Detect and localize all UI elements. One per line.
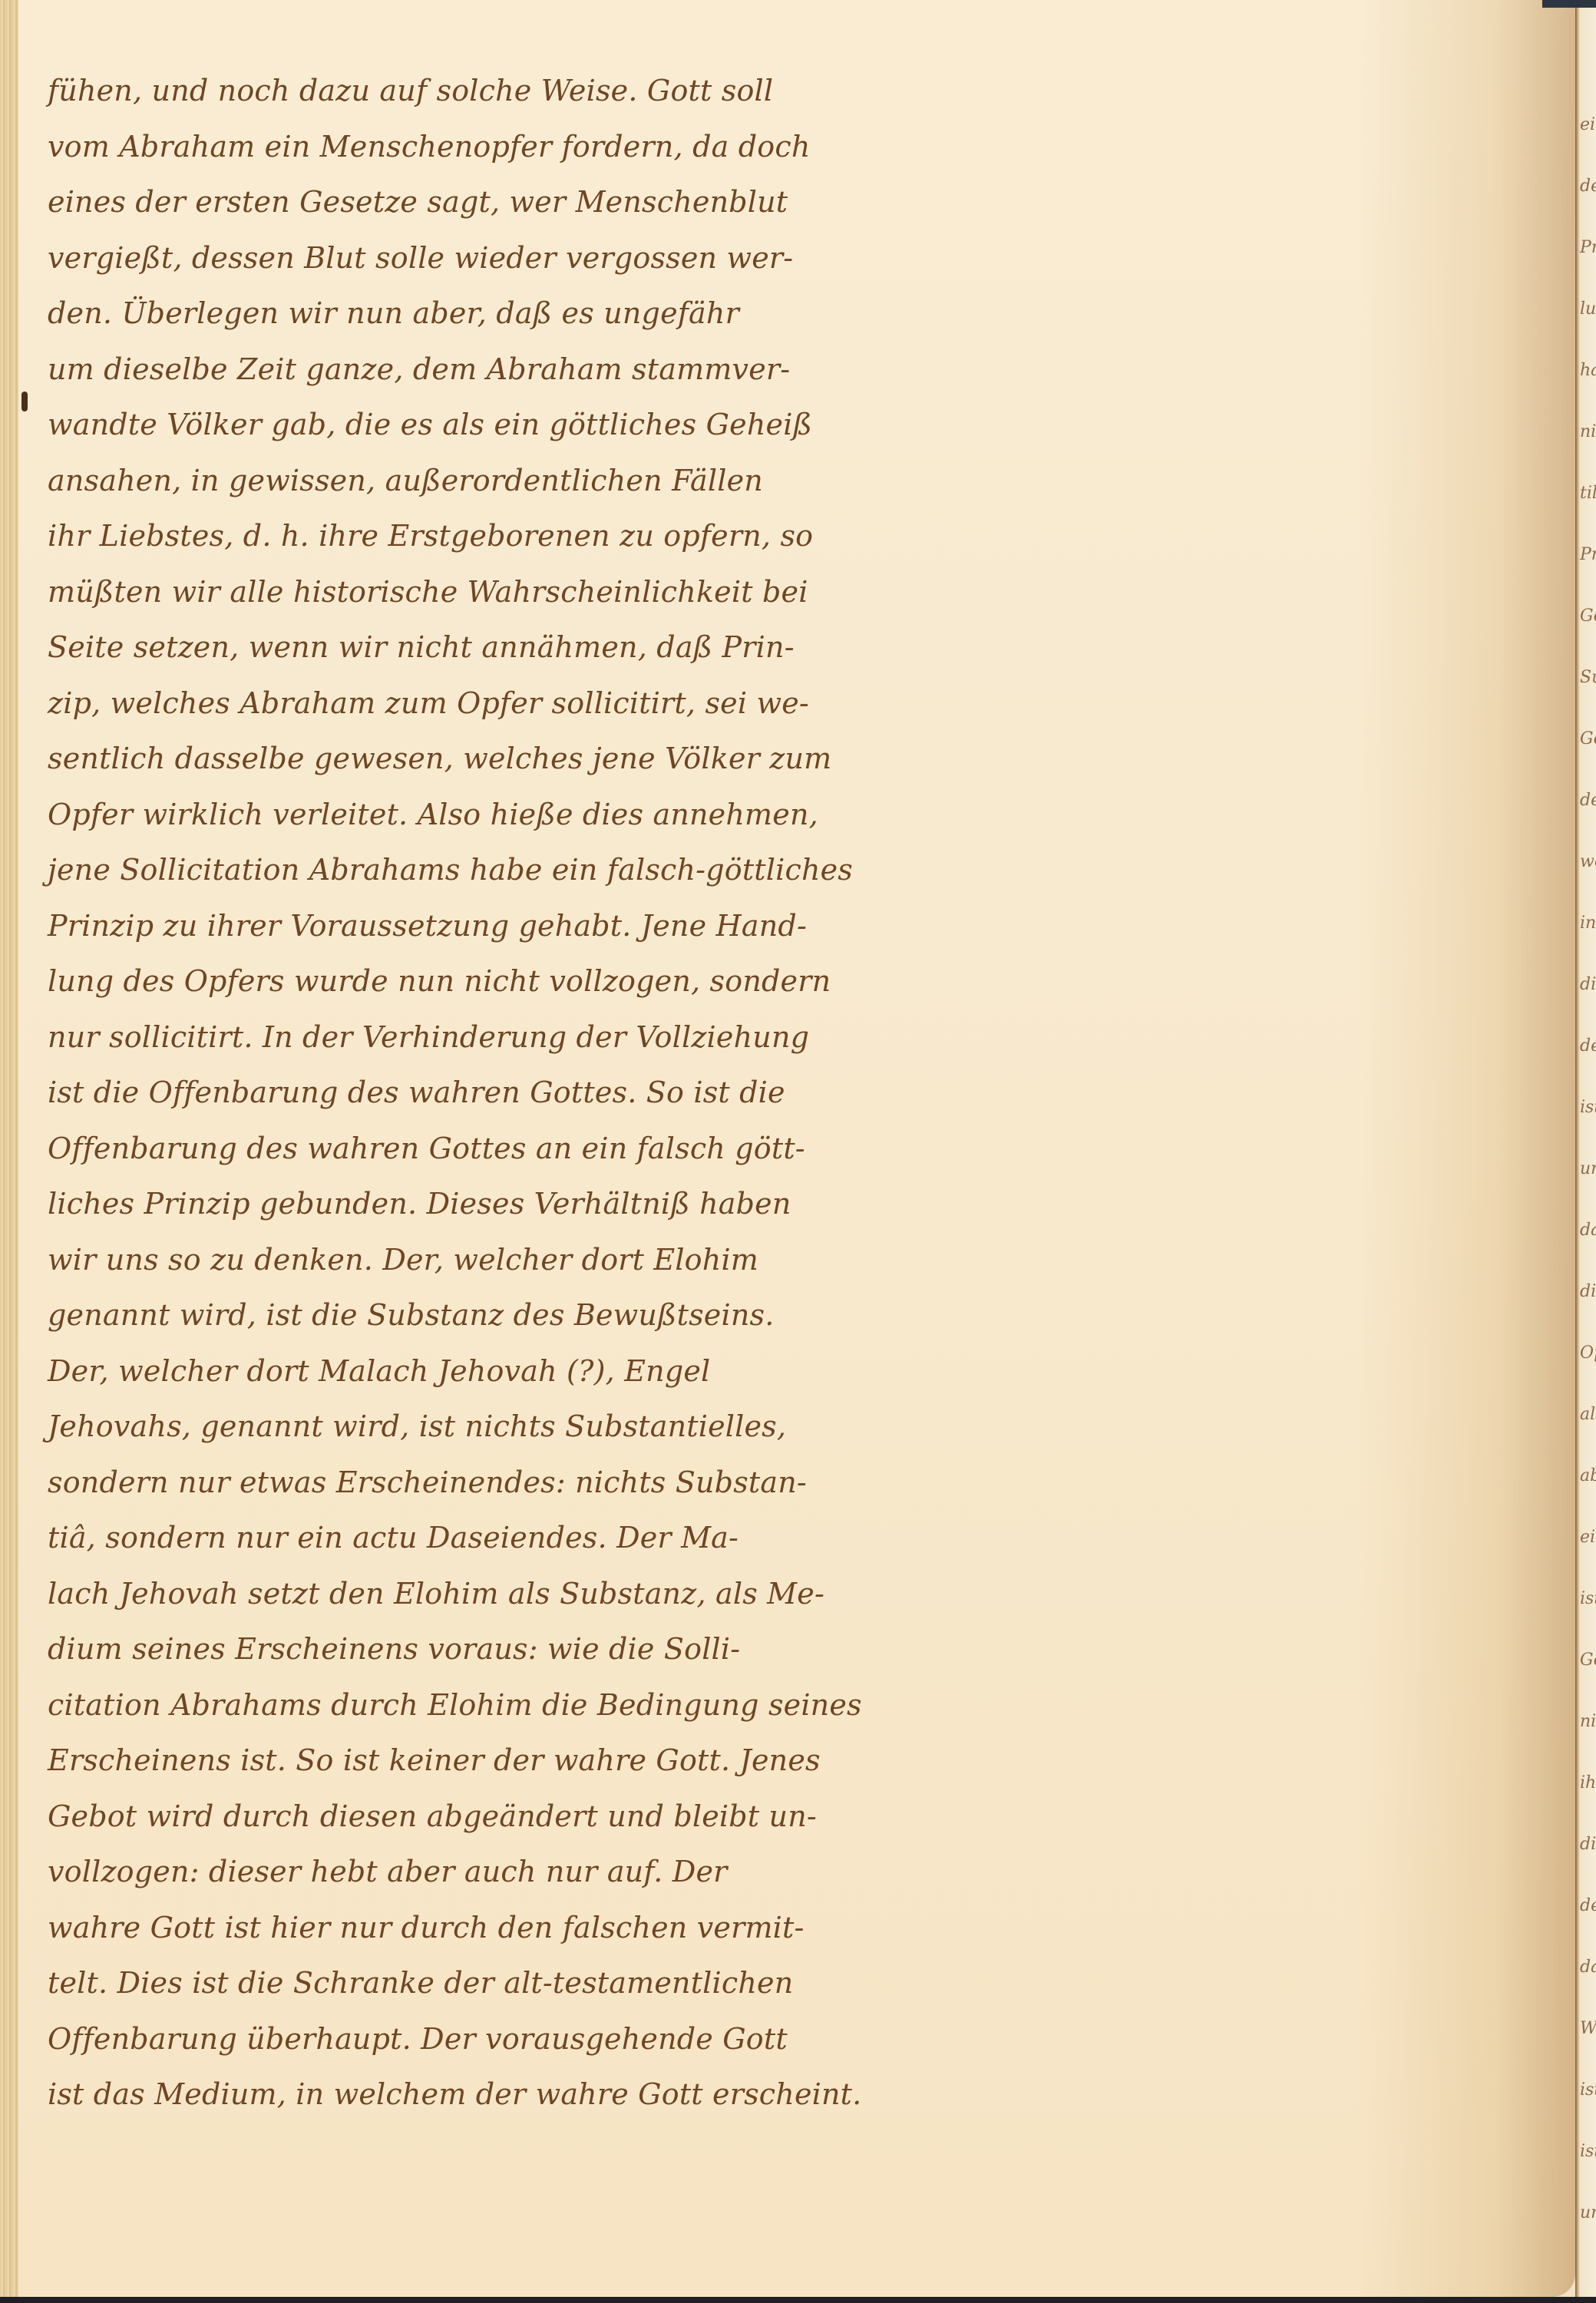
text-line: fühen, und noch dazu auf solche Weise. G… [48, 68, 907, 124]
facing-text-fragment: lung wi [1580, 299, 1596, 319]
stacked-page-edges [0, 0, 18, 2297]
facing-text-fragment: der [1580, 1036, 1596, 1056]
facing-text-fragment: Opfer [1580, 1343, 1596, 1363]
text-line: den. Überlegen wir nun aber, daß es unge… [48, 290, 907, 346]
facing-text-fragment: Subst [1580, 668, 1596, 687]
facing-text-fragment: in [1580, 914, 1596, 933]
manuscript-book: fühen, und noch dazu auf solche Weise. G… [0, 0, 1596, 2297]
facing-text-fragment: ist [1580, 1098, 1596, 1117]
text-line: wir uns so zu denken. Der, welcher dort … [48, 1237, 907, 1293]
text-line: liches Prinzip gebunden. Dieses Verhältn… [48, 1181, 907, 1237]
facing-text-fragment: aber [1580, 1466, 1596, 1485]
background-strip [0, 2297, 1596, 2303]
text-line: eines der ersten Gesetze sagt, wer Mensc… [48, 179, 907, 235]
ink-blot-mark [21, 392, 28, 411]
facing-text-fragment: halbung [1580, 361, 1596, 380]
facing-text-fragment: tilung b [1580, 484, 1596, 503]
text-line: wahre Gott ist hier nur durch den falsch… [48, 1905, 907, 1961]
handwritten-text-block: fühen, und noch dazu auf solche Weise. G… [48, 68, 907, 2127]
facing-text-fragment: der [1580, 1896, 1596, 1915]
text-line: nur sollicitirt. In der Verhinderung der… [48, 1014, 907, 1070]
text-line: zip, welches Abraham zum Opfer solliciti… [48, 680, 907, 736]
facing-text-fragment: als [1580, 1405, 1596, 1424]
facing-text-fragment: ist [1580, 1589, 1596, 1608]
text-line: wandte Völker gab, die es als ein göttli… [48, 401, 907, 458]
text-line: ansahen, in gewissen, außerordentlichen … [48, 458, 907, 514]
text-line: Offenbarung überhaupt. Der vorausgehende… [48, 2016, 907, 2072]
text-line: citation Abrahams durch Elohim die Bedin… [48, 1682, 907, 1738]
text-line: Opfer wirklich verleitet. Also hieße die… [48, 791, 907, 848]
text-line: Jehovahs, genannt wird, ist nichts Subst… [48, 1403, 907, 1459]
facing-text-fragment: Gott [1580, 729, 1596, 748]
text-line: Der, welcher dort Malach Jehovah (?), En… [48, 1348, 907, 1404]
text-line: Erscheinens ist. So ist keiner der wahre… [48, 1737, 907, 1793]
text-line: genannt wird, ist die Substanz des Bewuß… [48, 1292, 907, 1348]
text-line: vom Abraham ein Menschenopfer fordern, d… [48, 124, 907, 180]
facing-text-fragment: Gott [1580, 1650, 1596, 1670]
text-line: Offenbarung des wahren Gottes an ein fal… [48, 1125, 907, 1181]
background-corner [1542, 0, 1596, 8]
text-line: sentlich dasselbe gewesen, welches jene … [48, 735, 907, 791]
facing-text-fragment: wenn [1580, 852, 1596, 871]
text-line: Gebot wird durch diesen abgeändert und b… [48, 1793, 907, 1849]
facing-text-fragment: der Ver [1580, 177, 1596, 196]
text-line: lach Jehovah setzt den Elohim als Substa… [48, 1571, 907, 1627]
facing-text-fragment: ein [1580, 1528, 1596, 1547]
text-line: lung des Opfers wurde nun nicht vollzoge… [48, 958, 907, 1014]
text-line: dium seines Erscheinens voraus: wie die … [48, 1626, 907, 1682]
facing-text-fragment: das [1580, 1958, 1596, 1977]
facing-text-fragment: das [1580, 1221, 1596, 1240]
facing-text-fragment: und [1580, 2203, 1596, 2222]
facing-text-fragment: dies [1580, 975, 1596, 994]
facing-text-fragment: des [1580, 791, 1596, 810]
facing-text-fragment: ihm [1580, 1773, 1596, 1793]
facing-text-fragment: ist [1580, 2080, 1596, 2100]
text-line: ihr Liebstes, d. h. ihre Erstgeborenen z… [48, 513, 907, 569]
manuscript-page: fühen, und noch dazu auf solche Weise. G… [18, 0, 1575, 2297]
text-line: sondern nur etwas Erscheinendes: nichts … [48, 1459, 907, 1515]
text-line: Seite setzen, wenn wir nicht annähmen, d… [48, 624, 907, 680]
facing-text-fragment: nicht in [1580, 422, 1596, 441]
facing-text-fragment: Welt [1580, 2019, 1596, 2038]
text-line: Prinzip zu ihrer Voraussetzung gehabt. J… [48, 903, 907, 959]
facing-text-fragment: die [1580, 1835, 1596, 1854]
text-line: tiâ, sondern nur ein actu Daseiendes. De… [48, 1515, 907, 1571]
text-line: ist die Offenbarung des wahren Gottes. S… [48, 1069, 907, 1125]
facing-text-fragment: Prinzip [1580, 545, 1596, 564]
facing-text-fragment: ein fo [1580, 115, 1596, 134]
text-line: ist das Medium, in welchem der wahre Got… [48, 2071, 907, 2127]
facing-text-fragment: Prinzip [1580, 238, 1596, 257]
text-line: um dieselbe Zeit ganze, dem Abraham stam… [48, 346, 907, 402]
text-line: vollzogen: dieser hebt aber auch nur auf… [48, 1849, 907, 1905]
text-line: müßten wir alle historische Wahrscheinli… [48, 569, 907, 625]
facing-text-fragment: und [1580, 1159, 1596, 1178]
text-line: vergießt, dessen Blut solle wieder vergo… [48, 235, 907, 291]
text-line: telt. Dies ist die Schranke der alt-test… [48, 1960, 907, 2016]
facing-text-fragment: ist [1580, 2142, 1596, 2161]
facing-text-fragment: die [1580, 1282, 1596, 1301]
facing-page-edge: ein fo der Ver Prinzip lung wi halbung n… [1575, 0, 1596, 2297]
facing-text-fragment: Geist [1580, 606, 1596, 626]
facing-text-fragment: nicht [1580, 1712, 1596, 1731]
text-line: jene Sollicitation Abrahams habe ein fal… [48, 847, 907, 903]
